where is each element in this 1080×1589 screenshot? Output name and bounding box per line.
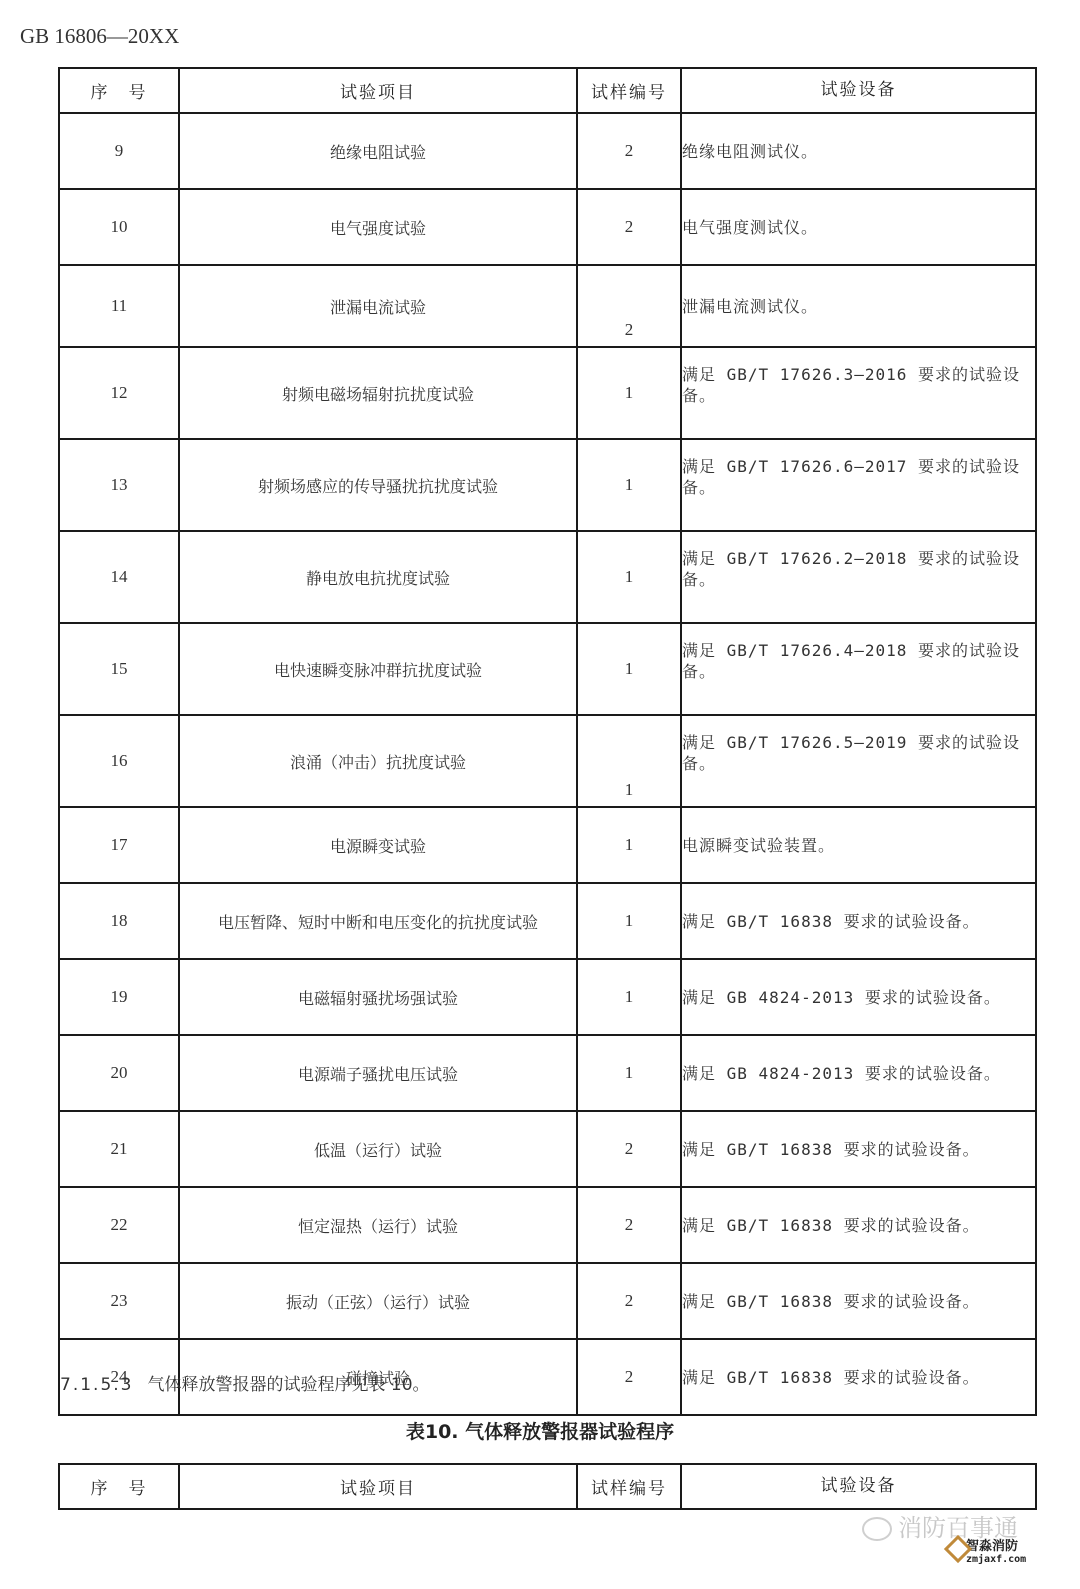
row-equipment: 满足 GB/T 16838 要求的试验设备。 — [681, 883, 1036, 959]
table10-column-header-item: 试验项目 — [179, 1464, 577, 1509]
column-header-no: 序 号 — [59, 68, 179, 113]
table-row: 18 电压暂降、短时中断和电压变化的抗扰度试验 1 满足 GB/T 16838 … — [59, 883, 1036, 959]
row-equipment: 满足 GB/T 17626.6—2017 要求的试验设备。 — [681, 439, 1036, 531]
row-item: 电源瞬变试验 — [179, 807, 577, 883]
table-row: 23 振动（正弦）（运行）试验 2 满足 GB/T 16838 要求的试验设备。 — [59, 1263, 1036, 1339]
column-header-sample: 试样编号 — [577, 68, 681, 113]
wechat-icon — [862, 1517, 892, 1541]
document-code: GB 16806—20XX — [20, 24, 179, 49]
row-no: 19 — [59, 959, 179, 1035]
brand-name: 智淼消防 — [966, 1535, 1026, 1554]
row-item: 射频电磁场辐射抗扰度试验 — [179, 347, 577, 439]
row-sample: 1 — [577, 1035, 681, 1111]
column-header-item: 试验项目 — [179, 68, 577, 113]
row-no: 15 — [59, 623, 179, 715]
row-sample: 1 — [577, 883, 681, 959]
table-row: 12 射频电磁场辐射抗扰度试验 1 满足 GB/T 17626.3—2016 要… — [59, 347, 1036, 439]
row-equipment: 满足 GB 4824-2013 要求的试验设备。 — [681, 959, 1036, 1035]
row-item: 电磁辐射骚扰场强试验 — [179, 959, 577, 1035]
table-row: 14 静电放电抗扰度试验 1 满足 GB/T 17626.2—2018 要求的试… — [59, 531, 1036, 623]
table-row: 16 浪涌（冲击）抗扰度试验 1 满足 GB/T 17626.5—2019 要求… — [59, 715, 1036, 807]
row-sample: 2 — [577, 1263, 681, 1339]
table-row: 10 电气强度试验 2 电气强度测试仪。 — [59, 189, 1036, 265]
row-equipment: 电气强度测试仪。 — [681, 189, 1036, 265]
table-row: 13 射频场感应的传导骚扰抗扰度试验 1 满足 GB/T 17626.6—201… — [59, 439, 1036, 531]
row-no: 17 — [59, 807, 179, 883]
row-sample: 1 — [577, 623, 681, 715]
row-item: 静电放电抗扰度试验 — [179, 531, 577, 623]
row-item: 低温（运行）试验 — [179, 1111, 577, 1187]
row-item: 电快速瞬变脉冲群抗扰度试验 — [179, 623, 577, 715]
row-no: 11 — [59, 265, 179, 347]
test-procedure-table: 序 号 试验项目 试样编号 试验设备 9 绝缘电阻试验 2 绝缘电阻测试仪。 1… — [58, 67, 1037, 1416]
row-sample: 2 — [577, 1187, 681, 1263]
row-item: 泄漏电流试验 — [179, 265, 577, 347]
table10-column-header-equipment: 试验设备 — [681, 1464, 1036, 1509]
table-row: 20 电源端子骚扰电压试验 1 满足 GB 4824-2013 要求的试验设备。 — [59, 1035, 1036, 1111]
row-sample: 1 — [577, 807, 681, 883]
row-sample: 1 — [577, 439, 681, 531]
row-equipment: 满足 GB/T 16838 要求的试验设备。 — [681, 1339, 1036, 1415]
table-row: 21 低温（运行）试验 2 满足 GB/T 16838 要求的试验设备。 — [59, 1111, 1036, 1187]
row-equipment: 满足 GB/T 16838 要求的试验设备。 — [681, 1263, 1036, 1339]
table10: 序 号 试验项目 试样编号 试验设备 — [58, 1463, 1037, 1510]
clause-text: 气体释放警报器的试验程序见表 10。 — [147, 1375, 429, 1395]
row-no: 18 — [59, 883, 179, 959]
brand-watermark: 智淼消防 zmjaxf.com — [966, 1535, 1026, 1565]
table10-header-row: 序 号 试验项目 试样编号 试验设备 — [59, 1464, 1036, 1509]
row-sample: 2 — [577, 189, 681, 265]
row-sample: 2 — [577, 1339, 681, 1415]
row-no: 20 — [59, 1035, 179, 1111]
brand-url: zmjaxf.com — [966, 1554, 1026, 1565]
table-row: 9 绝缘电阻试验 2 绝缘电阻测试仪。 — [59, 113, 1036, 189]
row-sample: 1 — [577, 959, 681, 1035]
row-sample: 2 — [577, 1111, 681, 1187]
row-no: 12 — [59, 347, 179, 439]
table10-column-header-sample: 试样编号 — [577, 1464, 681, 1509]
row-item: 浪涌（冲击）抗扰度试验 — [179, 715, 577, 807]
row-item: 绝缘电阻试验 — [179, 113, 577, 189]
row-equipment: 泄漏电流测试仪。 — [681, 265, 1036, 347]
row-no: 16 — [59, 715, 179, 807]
row-sample: 1 — [577, 531, 681, 623]
row-equipment: 满足 GB/T 16838 要求的试验设备。 — [681, 1111, 1036, 1187]
table-row: 17 电源瞬变试验 1 电源瞬变试验装置。 — [59, 807, 1036, 883]
row-no: 22 — [59, 1187, 179, 1263]
row-equipment: 满足 GB/T 17626.2—2018 要求的试验设备。 — [681, 531, 1036, 623]
table-row: 11 泄漏电流试验 2 泄漏电流测试仪。 — [59, 265, 1036, 347]
row-no: 14 — [59, 531, 179, 623]
column-header-equipment: 试验设备 — [681, 68, 1036, 113]
row-sample: 1 — [577, 715, 681, 807]
row-no: 13 — [59, 439, 179, 531]
row-equipment: 绝缘电阻测试仪。 — [681, 113, 1036, 189]
row-sample: 2 — [577, 113, 681, 189]
row-item: 电源端子骚扰电压试验 — [179, 1035, 577, 1111]
row-no: 9 — [59, 113, 179, 189]
row-equipment: 电源瞬变试验装置。 — [681, 807, 1036, 883]
row-sample: 2 — [577, 265, 681, 347]
row-item: 恒定湿热（运行）试验 — [179, 1187, 577, 1263]
row-equipment: 满足 GB/T 16838 要求的试验设备。 — [681, 1187, 1036, 1263]
row-no: 21 — [59, 1111, 179, 1187]
table-row: 19 电磁辐射骚扰场强试验 1 满足 GB 4824-2013 要求的试验设备。 — [59, 959, 1036, 1035]
table-row: 22 恒定湿热（运行）试验 2 满足 GB/T 16838 要求的试验设备。 — [59, 1187, 1036, 1263]
row-equipment: 满足 GB/T 17626.5—2019 要求的试验设备。 — [681, 715, 1036, 807]
clause-7-1-5-3: 7.1.5.3气体释放警报器的试验程序见表 10。 — [60, 1370, 430, 1395]
table10-caption: 表10. 气体释放警报器试验程序 — [0, 1417, 1080, 1444]
row-equipment: 满足 GB 4824-2013 要求的试验设备。 — [681, 1035, 1036, 1111]
row-sample: 1 — [577, 347, 681, 439]
row-item: 电压暂降、短时中断和电压变化的抗扰度试验 — [179, 883, 577, 959]
row-no: 10 — [59, 189, 179, 265]
row-item: 射频场感应的传导骚扰抗扰度试验 — [179, 439, 577, 531]
row-item: 电气强度试验 — [179, 189, 577, 265]
row-no: 23 — [59, 1263, 179, 1339]
table10-column-header-no: 序 号 — [59, 1464, 179, 1509]
row-item: 振动（正弦）（运行）试验 — [179, 1263, 577, 1339]
clause-number: 7.1.5.3 — [60, 1375, 133, 1395]
row-equipment: 满足 GB/T 17626.3—2016 要求的试验设备。 — [681, 347, 1036, 439]
table-row: 15 电快速瞬变脉冲群抗扰度试验 1 满足 GB/T 17626.4—2018 … — [59, 623, 1036, 715]
table-header-row: 序 号 试验项目 试样编号 试验设备 — [59, 68, 1036, 113]
row-equipment: 满足 GB/T 17626.4—2018 要求的试验设备。 — [681, 623, 1036, 715]
